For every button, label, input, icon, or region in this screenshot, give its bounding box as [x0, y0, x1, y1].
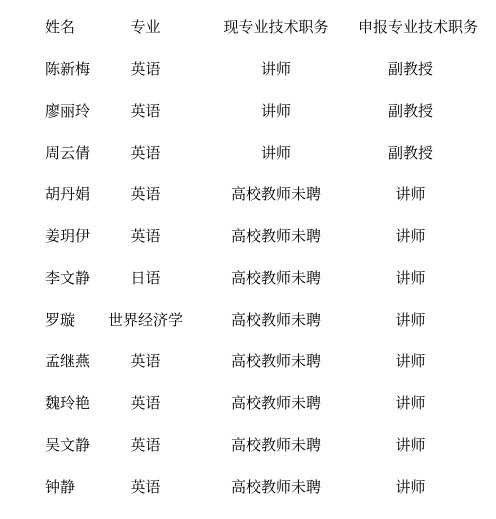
cell-major: 英语	[97, 392, 194, 413]
cell-current-title: 高校教师未聘	[194, 267, 358, 288]
cell-applied-title: 讲师	[358, 392, 463, 413]
table-body: 陈新梅 英语 讲师 副教授 廖丽玲 英语 讲师 副教授 周云倩 英语 讲师 副教…	[0, 48, 496, 507]
cell-major: 英语	[97, 476, 194, 497]
cell-current-title: 讲师	[194, 100, 358, 121]
cell-name: 姜玥伊	[0, 225, 97, 246]
cell-major: 世界经济学	[97, 309, 194, 330]
cell-applied-title: 讲师	[358, 350, 463, 371]
cell-major: 英语	[97, 58, 194, 79]
column-header-current-title: 现专业技术职务	[194, 16, 358, 37]
cell-applied-title: 副教授	[358, 58, 463, 79]
cell-name: 魏玲艳	[0, 392, 97, 413]
cell-current-title: 讲师	[194, 58, 358, 79]
table-row: 廖丽玲 英语 讲师 副教授	[0, 90, 496, 132]
cell-major: 英语	[97, 183, 194, 204]
column-header-major: 专业	[97, 16, 194, 37]
column-header-applied-title: 申报专业技术职务	[358, 16, 463, 37]
table-row: 周云倩 英语 讲师 副教授	[0, 131, 496, 173]
cell-applied-title: 副教授	[358, 142, 463, 163]
cell-applied-title: 讲师	[358, 476, 463, 497]
cell-applied-title: 讲师	[358, 225, 463, 246]
cell-name: 周云倩	[0, 142, 97, 163]
table-row: 李文静 日语 高校教师未聘 讲师	[0, 257, 496, 299]
cell-applied-title: 讲师	[358, 434, 463, 455]
cell-current-title: 高校教师未聘	[194, 183, 358, 204]
cell-major: 英语	[97, 350, 194, 371]
cell-name: 陈新梅	[0, 58, 97, 79]
cell-name: 钟静	[0, 476, 97, 497]
cell-current-title: 高校教师未聘	[194, 309, 358, 330]
cell-applied-title: 讲师	[358, 183, 463, 204]
cell-current-title: 讲师	[194, 142, 358, 163]
cell-name: 廖丽玲	[0, 100, 97, 121]
cell-major: 英语	[97, 434, 194, 455]
cell-name: 孟继燕	[0, 350, 97, 371]
cell-name: 吴文静	[0, 434, 97, 455]
column-header-name: 姓名	[0, 16, 97, 37]
cell-applied-title: 讲师	[358, 309, 463, 330]
table-row: 胡丹娟 英语 高校教师未聘 讲师	[0, 173, 496, 215]
cell-major: 英语	[97, 142, 194, 163]
cell-applied-title: 副教授	[358, 100, 463, 121]
cell-current-title: 高校教师未聘	[194, 350, 358, 371]
cell-current-title: 高校教师未聘	[194, 476, 358, 497]
personnel-title-table: 姓名 专业 现专业技术职务 申报专业技术职务 陈新梅 英语 讲师 副教授 廖丽玲…	[0, 0, 496, 507]
cell-name: 胡丹娟	[0, 183, 97, 204]
table-row: 吴文静 英语 高校教师未聘 讲师	[0, 424, 496, 466]
cell-applied-title: 讲师	[358, 267, 463, 288]
table-row: 姜玥伊 英语 高校教师未聘 讲师	[0, 215, 496, 257]
table-row: 罗璇 世界经济学 高校教师未聘 讲师	[0, 298, 496, 340]
table-row: 钟静 英语 高校教师未聘 讲师	[0, 465, 496, 507]
cell-current-title: 高校教师未聘	[194, 225, 358, 246]
table-row: 孟继燕 英语 高校教师未聘 讲师	[0, 340, 496, 382]
cell-name: 罗璇	[0, 309, 97, 330]
cell-major: 日语	[97, 267, 194, 288]
cell-major: 英语	[97, 100, 194, 121]
cell-major: 英语	[97, 225, 194, 246]
cell-current-title: 高校教师未聘	[194, 434, 358, 455]
table-header-row: 姓名 专业 现专业技术职务 申报专业技术职务	[0, 6, 496, 48]
table-row: 陈新梅 英语 讲师 副教授	[0, 48, 496, 90]
cell-name: 李文静	[0, 267, 97, 288]
table-row: 魏玲艳 英语 高校教师未聘 讲师	[0, 382, 496, 424]
cell-current-title: 高校教师未聘	[194, 392, 358, 413]
